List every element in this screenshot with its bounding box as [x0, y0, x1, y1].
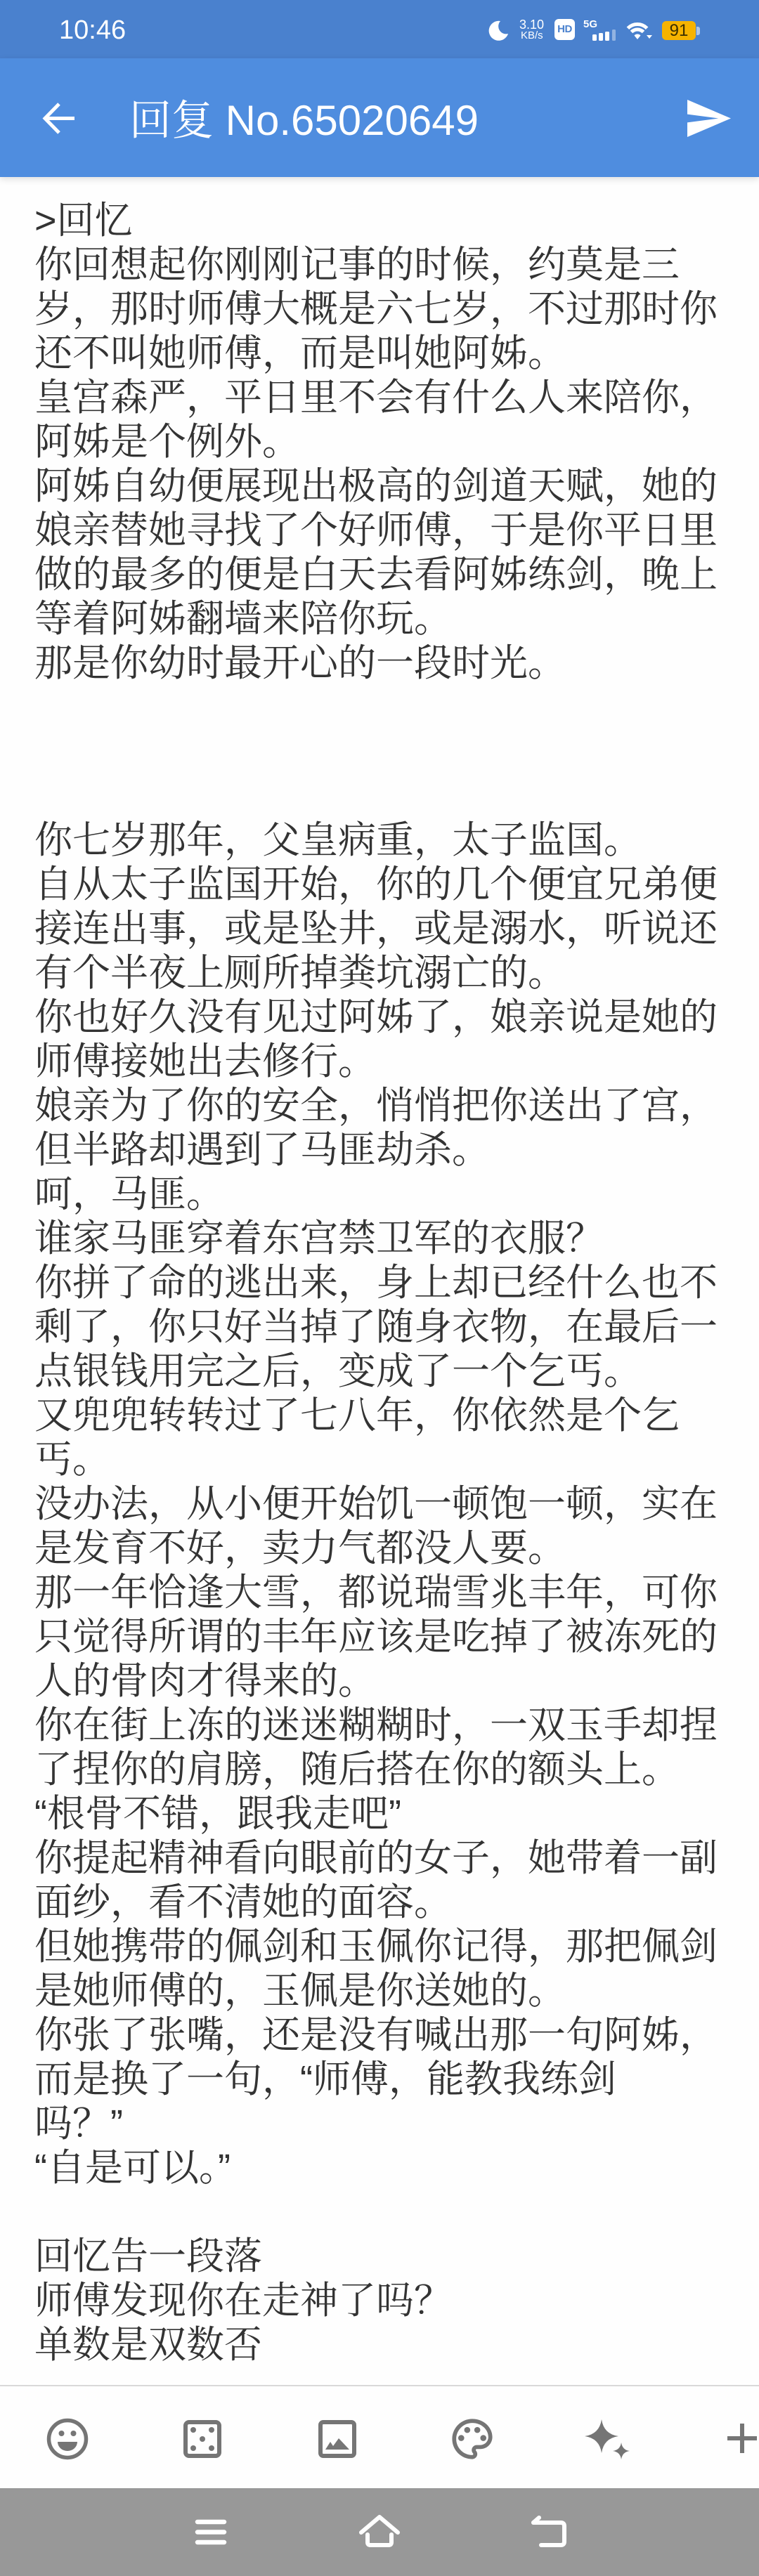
- text-line: 回忆告一段落: [34, 2235, 725, 2279]
- text-line: [34, 2190, 725, 2235]
- text-line: [34, 686, 725, 730]
- text-line: 点银钱用完之后，变成了一个乞丐。: [34, 1349, 725, 1394]
- moon-icon: [488, 20, 510, 41]
- text-line: 呵，马匪。: [34, 1172, 725, 1217]
- sparkles-icon[interactable]: [585, 2419, 630, 2459]
- text-line: 师傅接她出去修行。: [34, 1040, 725, 1084]
- text-line: 但她携带的佩剑和玉佩你记得，那把佩剑: [34, 1925, 725, 1969]
- back-icon[interactable]: [530, 2513, 568, 2549]
- menu-icon[interactable]: [195, 2518, 227, 2545]
- text-line: “根骨不错，跟我走吧”: [34, 1792, 725, 1836]
- page-title: 回复 No.65020649: [129, 100, 479, 142]
- app-bar: 回复 No.65020649: [0, 58, 759, 177]
- text-line: 你回想起你刚刚记事的时候，约莫是三: [34, 243, 725, 287]
- text-line: 接连出事，或是坠井，或是溺水，听说还: [34, 907, 725, 951]
- battery-nub: [696, 27, 700, 35]
- home-icon[interactable]: [358, 2513, 401, 2549]
- text-line: [34, 730, 725, 774]
- text-line: “自是可以。”: [34, 2146, 725, 2190]
- text-line: 师傅发现你在走神了吗？: [34, 2279, 725, 2323]
- text-line: 皇宫森严，平日里不会有什么人来陪你，: [34, 376, 725, 420]
- text-line: [34, 774, 725, 818]
- text-line: 是发育不好，卖力气都没人要。: [34, 1526, 725, 1571]
- text-line: 是她师傅的，玉佩是你送她的。: [34, 1969, 725, 2013]
- text-line: 岁，那时师傅大概是六七岁，不过那时你: [34, 287, 725, 332]
- signal-icon: [592, 28, 618, 41]
- text-line: 了捏你的肩膀，随后搭在你的额头上。: [34, 1748, 725, 1792]
- text-line: 又兜兜转转过了七八年，你依然是个乞: [34, 1394, 725, 1438]
- send-icon[interactable]: [687, 100, 731, 137]
- arrow-back-icon[interactable]: [42, 102, 76, 135]
- text-line: 谁家马匪穿着东宫禁卫军的衣服？: [34, 1217, 725, 1261]
- text-line: 吗？”: [34, 2102, 725, 2146]
- status-bar: 10:46 3.10 KB/s HD 5G 91: [0, 0, 759, 58]
- text-line: 你拼了命的逃出来，身上却已经什么也不: [34, 1261, 725, 1305]
- status-time: 10:46: [59, 15, 126, 45]
- text-line: 剩了，你只好当掉了随身衣物，在最后一: [34, 1305, 725, 1349]
- text-line: 单数是双数否: [34, 2323, 725, 2367]
- text-line: 你在街上冻的迷迷糊糊时，一双玉手却捏: [34, 1704, 725, 1748]
- editor-toolbar: [0, 2385, 759, 2488]
- text-line: 等着阿姊翻墙来陪你玩。: [34, 597, 725, 641]
- text-line: 而是换了一句，“师傅，能教我练剑: [34, 2058, 725, 2102]
- plus-icon[interactable]: [727, 2424, 757, 2453]
- emoji-icon[interactable]: [46, 2418, 89, 2460]
- wifi-icon: [626, 19, 653, 41]
- dice-icon[interactable]: [183, 2420, 221, 2458]
- text-line: 你张了张嘴，还是没有喊出那一句阿姊，: [34, 2013, 725, 2058]
- text-line: 丐。: [34, 1438, 725, 1482]
- text-line: 人的骨肉才得来的。: [34, 1659, 725, 1704]
- text-line: 面纱，看不清她的面容。: [34, 1881, 725, 1925]
- text-line: 有个半夜上厕所掉粪坑溺亡的。: [34, 951, 725, 995]
- text-line: 做的最多的便是白天去看阿姊练剑，晚上: [34, 553, 725, 597]
- text-line: 阿姊自幼便展现出极高的剑道天赋，她的: [34, 464, 725, 509]
- palette-icon[interactable]: [451, 2418, 493, 2460]
- system-nav-bar: [0, 2488, 759, 2576]
- text-line: 娘亲为了你的安全，悄悄把你送出了宫，: [34, 1084, 725, 1128]
- text-line: 只觉得所谓的丰年应该是吃掉了被冻死的: [34, 1615, 725, 1659]
- text-line: 你也好久没有见过阿姊了，娘亲说是她的: [34, 995, 725, 1040]
- text-line: 你七岁那年，父皇病重，太子监国。: [34, 818, 725, 863]
- image-icon[interactable]: [318, 2420, 356, 2458]
- text-line: 自从太子监国开始，你的几个便宜兄弟便: [34, 863, 725, 907]
- text-line: 没办法，从小便开始饥一顿饱一顿，实在: [34, 1482, 725, 1526]
- text-line: 还不叫她师傅，而是叫她阿姊。: [34, 332, 725, 376]
- text-line: 那一年恰逢大雪，都说瑞雪兆丰年，可你: [34, 1571, 725, 1615]
- text-line: 你提起精神看向眼前的女子，她带着一副: [34, 1836, 725, 1881]
- hd-icon: HD: [554, 19, 575, 40]
- text-line: >回忆: [34, 199, 725, 243]
- text-line: 娘亲替她寻找了个好师傅，于是你平日里: [34, 509, 725, 553]
- reply-text-editor[interactable]: >回忆你回想起你刚刚记事的时候，约莫是三岁，那时师傅大概是六七岁，不过那时你还不…: [0, 177, 759, 2386]
- net-speed-unit: KB/s: [521, 30, 543, 41]
- text-line: 但半路却遇到了马匪劫杀。: [34, 1128, 725, 1172]
- text-line: 阿姊是个例外。: [34, 420, 725, 464]
- battery-icon: 91: [662, 21, 696, 40]
- text-line: 那是你幼时最开心的一段时光。: [34, 641, 725, 686]
